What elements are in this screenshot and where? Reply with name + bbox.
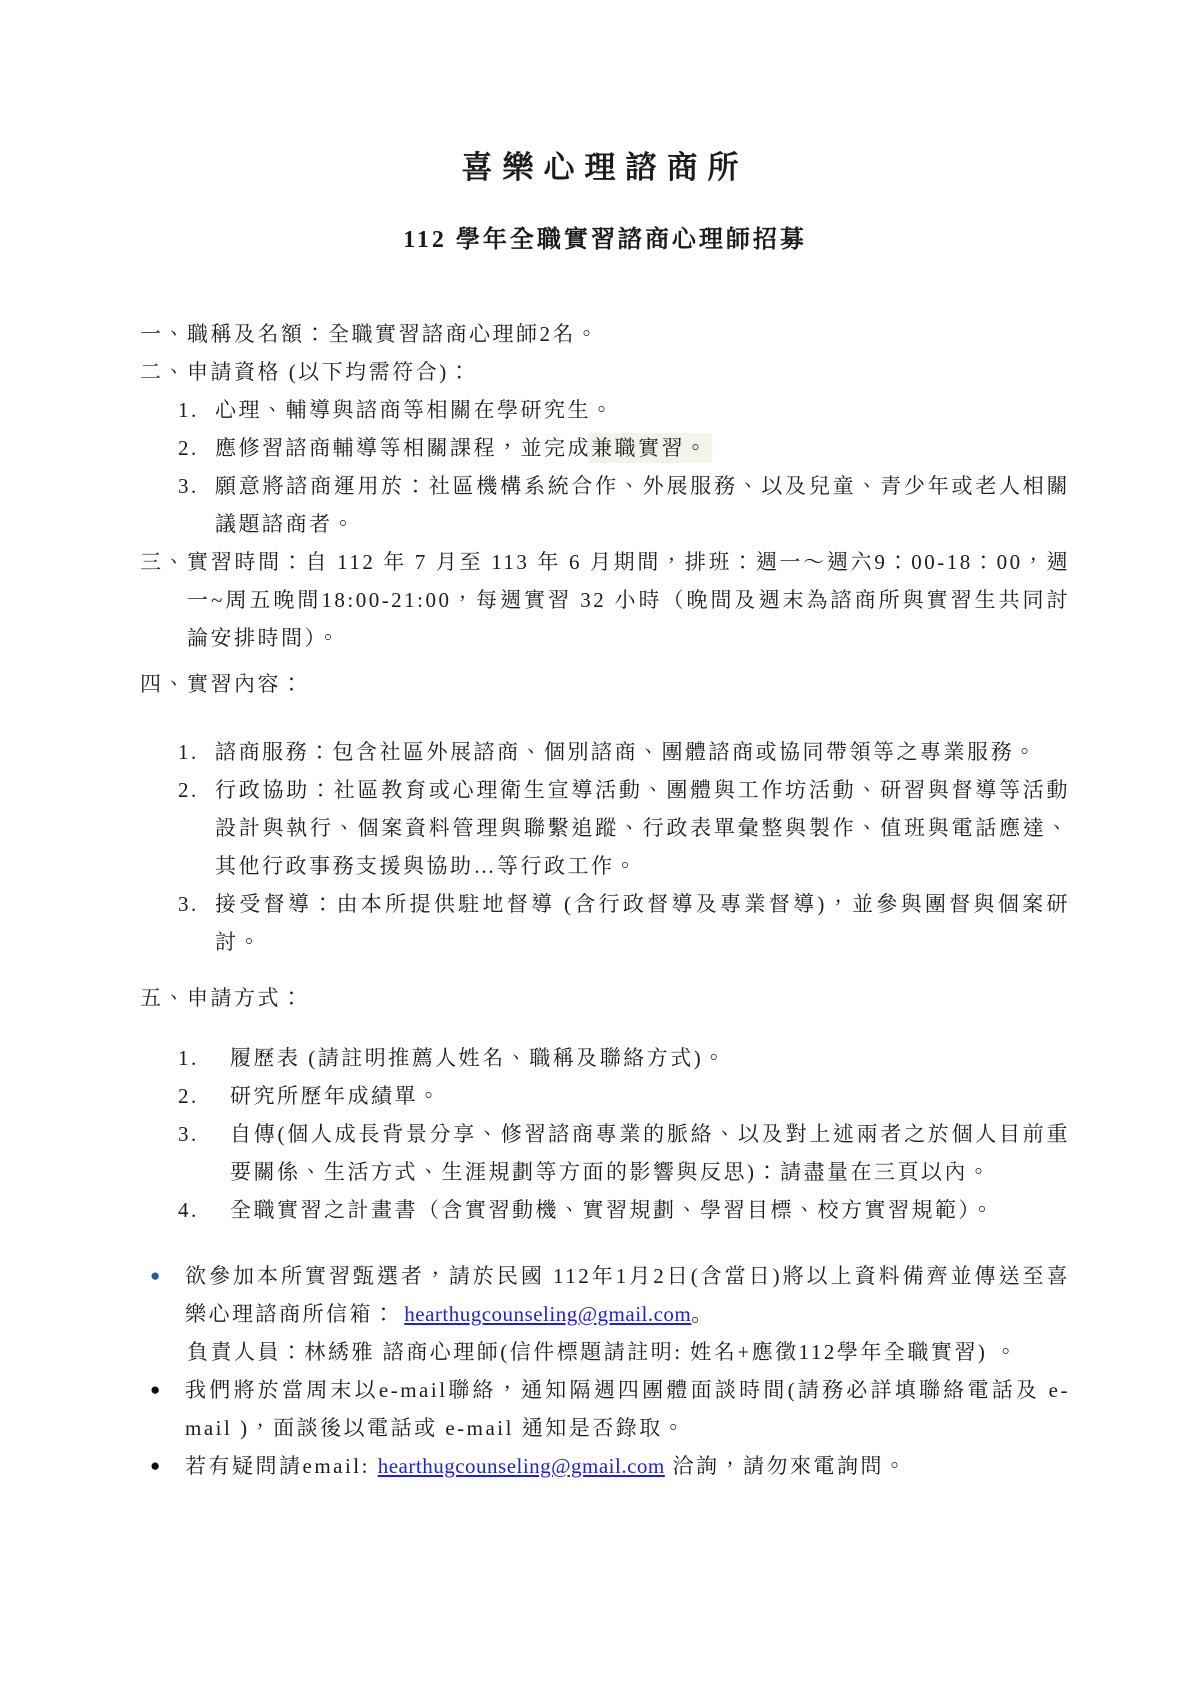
section-5-text: 申請方式： — [187, 979, 1070, 1017]
list-item-4-3: 3. 接受督導：由本所提供駐地督導 (含行政督導及專業督導)，並參與團督與個案研… — [178, 885, 1070, 961]
item-number: 1. — [178, 733, 215, 771]
item-number: 3. — [178, 885, 215, 923]
section-3-text: 實習時間：自 112 年 7 月至 113 年 6 月期間，排班：週一～週六9：… — [187, 543, 1070, 657]
page-title: 喜樂心理諮商所 — [140, 148, 1070, 188]
section-5-number: 五、 — [140, 979, 187, 1017]
note-application-deadline: ● 欲參加本所實習甄選者，請於民國 112年1月2日(含當日)將以上資料備齊並傳… — [150, 1257, 1070, 1371]
item-text: 應修習諮商輔導等相關課程，並完成兼職實習。 — [215, 429, 1070, 467]
item-number: 2. — [178, 771, 215, 809]
item-text: 研究所歷年成績單。 — [230, 1077, 1070, 1115]
item-text: 願意將諮商運用於：社區機構系統合作、外展服務、以及兒童、青少年或老人相關議題諮商… — [215, 467, 1070, 543]
bullet-icon: ● — [150, 1371, 185, 1409]
note-interview-notice: ● 我們將於當周末以e-mail聯絡，通知隔週四團體面談時間(請務必詳填聯絡電話… — [150, 1371, 1070, 1447]
item-text: 行政協助：社區教育或心理衛生宣導活動、團體與工作坊活動、研習與督導等活動設計與執… — [215, 771, 1070, 885]
note-text-plain: 。 — [691, 1302, 715, 1326]
list-item-5-2: 2. 研究所歷年成績單。 — [178, 1077, 1070, 1115]
item-number: 1. — [178, 391, 215, 429]
section-2-text: 申請資格 (以下均需符合)： — [187, 353, 1070, 391]
note-text: 若有疑問請email: hearthugcounseling@gmail.com… — [185, 1447, 1070, 1485]
list-item-5-3: 3. 自傳(個人成長背景分享、修習諮商專業的脈絡、以及對上述兩者之於個人目前重要… — [178, 1115, 1070, 1191]
item-text: 全職實習之計畫書（含實習動機、實習規劃、學習目標、校方實習規範）。 — [230, 1191, 1070, 1229]
list-item-4-1: 1. 諮商服務：包含社區外展諮商、個別諮商、團體諮商或協同帶領等之專業服務。 — [178, 733, 1070, 771]
note-text: 欲參加本所實習甄選者，請於民國 112年1月2日(含當日)將以上資料備齊並傳送至… — [185, 1257, 1070, 1371]
document-body: 一、 職稱及名額：全職實習諮商心理師2名。 二、 申請資格 (以下均需符合)： … — [140, 315, 1070, 1485]
bullet-icon: ● — [150, 1447, 185, 1485]
item-text-plain: 應修習諮商輔導等相關課程，並完成 — [215, 436, 591, 460]
section-3-number: 三、 — [140, 543, 187, 581]
item-number: 2. — [178, 1077, 230, 1115]
email-link[interactable]: hearthugcounseling@gmail.com — [378, 1454, 665, 1478]
list-item-2-2: 2. 應修習諮商輔導等相關課程，並完成兼職實習。 — [178, 429, 1070, 467]
note-text: 我們將於當周末以e-mail聯絡，通知隔週四團體面談時間(請務必詳填聯絡電話及 … — [185, 1371, 1070, 1447]
section-5: 五、 申請方式： — [140, 979, 1070, 1017]
section-4-number: 四、 — [140, 665, 187, 703]
section-2: 二、 申請資格 (以下均需符合)： — [140, 353, 1070, 391]
document-page: 喜樂心理諮商所 112 學年全職實習諮商心理師招募 一、 職稱及名額：全職實習諮… — [0, 0, 1200, 1698]
item-number: 3. — [178, 1115, 230, 1153]
note-text-plain: 洽詢，請勿來電詢問。 — [665, 1454, 908, 1478]
section-3: 三、 實習時間：自 112 年 7 月至 113 年 6 月期間，排班：週一～週… — [140, 543, 1070, 657]
note-text-plain: 若有疑問請email: — [185, 1454, 378, 1478]
section-1-number: 一、 — [140, 315, 187, 353]
item-text: 接受督導：由本所提供駐地督導 (含行政督導及專業督導)，並參與團督與個案研討。 — [215, 885, 1070, 961]
item-text: 心理、輔導與諮商等相關在學研究生。 — [215, 391, 1070, 429]
section-1-text: 職稱及名額：全職實習諮商心理師2名。 — [187, 315, 1070, 353]
section-4: 四、 實習內容： — [140, 665, 1070, 703]
item-number: 1. — [178, 1039, 230, 1077]
list-item-4-2: 2. 行政協助：社區教育或心理衛生宣導活動、團體與工作坊活動、研習與督導等活動設… — [178, 771, 1070, 885]
list-item-2-1: 1. 心理、輔導與諮商等相關在學研究生。 — [178, 391, 1070, 429]
page-subtitle: 112 學年全職實習諮商心理師招募 — [140, 223, 1070, 257]
bullet-icon: ● — [150, 1257, 185, 1295]
item-text: 履歷表 (請註明推薦人姓名、職稱及聯絡方式)。 — [230, 1039, 1070, 1077]
item-text: 自傳(個人成長背景分享、修習諮商專業的脈絡、以及對上述兩者之於個人目前重要關係、… — [230, 1115, 1070, 1191]
list-item-5-4: 4. 全職實習之計畫書（含實習動機、實習規劃、學習目標、校方實習規範）。 — [178, 1191, 1070, 1229]
email-link[interactable]: hearthugcounseling@gmail.com — [404, 1302, 691, 1326]
highlighted-text: 兼職實習。 — [591, 436, 709, 460]
list-item-5-1: 1. 履歷表 (請註明推薦人姓名、職稱及聯絡方式)。 — [178, 1039, 1070, 1077]
item-text: 諮商服務：包含社區外展諮商、個別諮商、團體諮商或協同帶領等之專業服務。 — [215, 733, 1070, 771]
item-number: 3. — [178, 467, 215, 505]
section-1: 一、 職稱及名額：全職實習諮商心理師2名。 — [140, 315, 1070, 353]
item-number: 2. — [178, 429, 215, 467]
contact-person-line: 負責人員：林綉雅 諮商心理師(信件標題請註明: 姓名+應徵112學年全職實習) … — [185, 1333, 1070, 1371]
section-5-block: 五、 申請方式： 1. 履歷表 (請註明推薦人姓名、職稱及聯絡方式)。 2. 研… — [140, 979, 1070, 1229]
note-questions-email: ● 若有疑問請email: hearthugcounseling@gmail.c… — [150, 1447, 1070, 1485]
section-4-text: 實習內容： — [187, 665, 1070, 703]
section-2-number: 二、 — [140, 353, 187, 391]
list-item-2-3: 3. 願意將諮商運用於：社區機構系統合作、外展服務、以及兒童、青少年或老人相關議… — [178, 467, 1070, 543]
item-number: 4. — [178, 1191, 230, 1229]
